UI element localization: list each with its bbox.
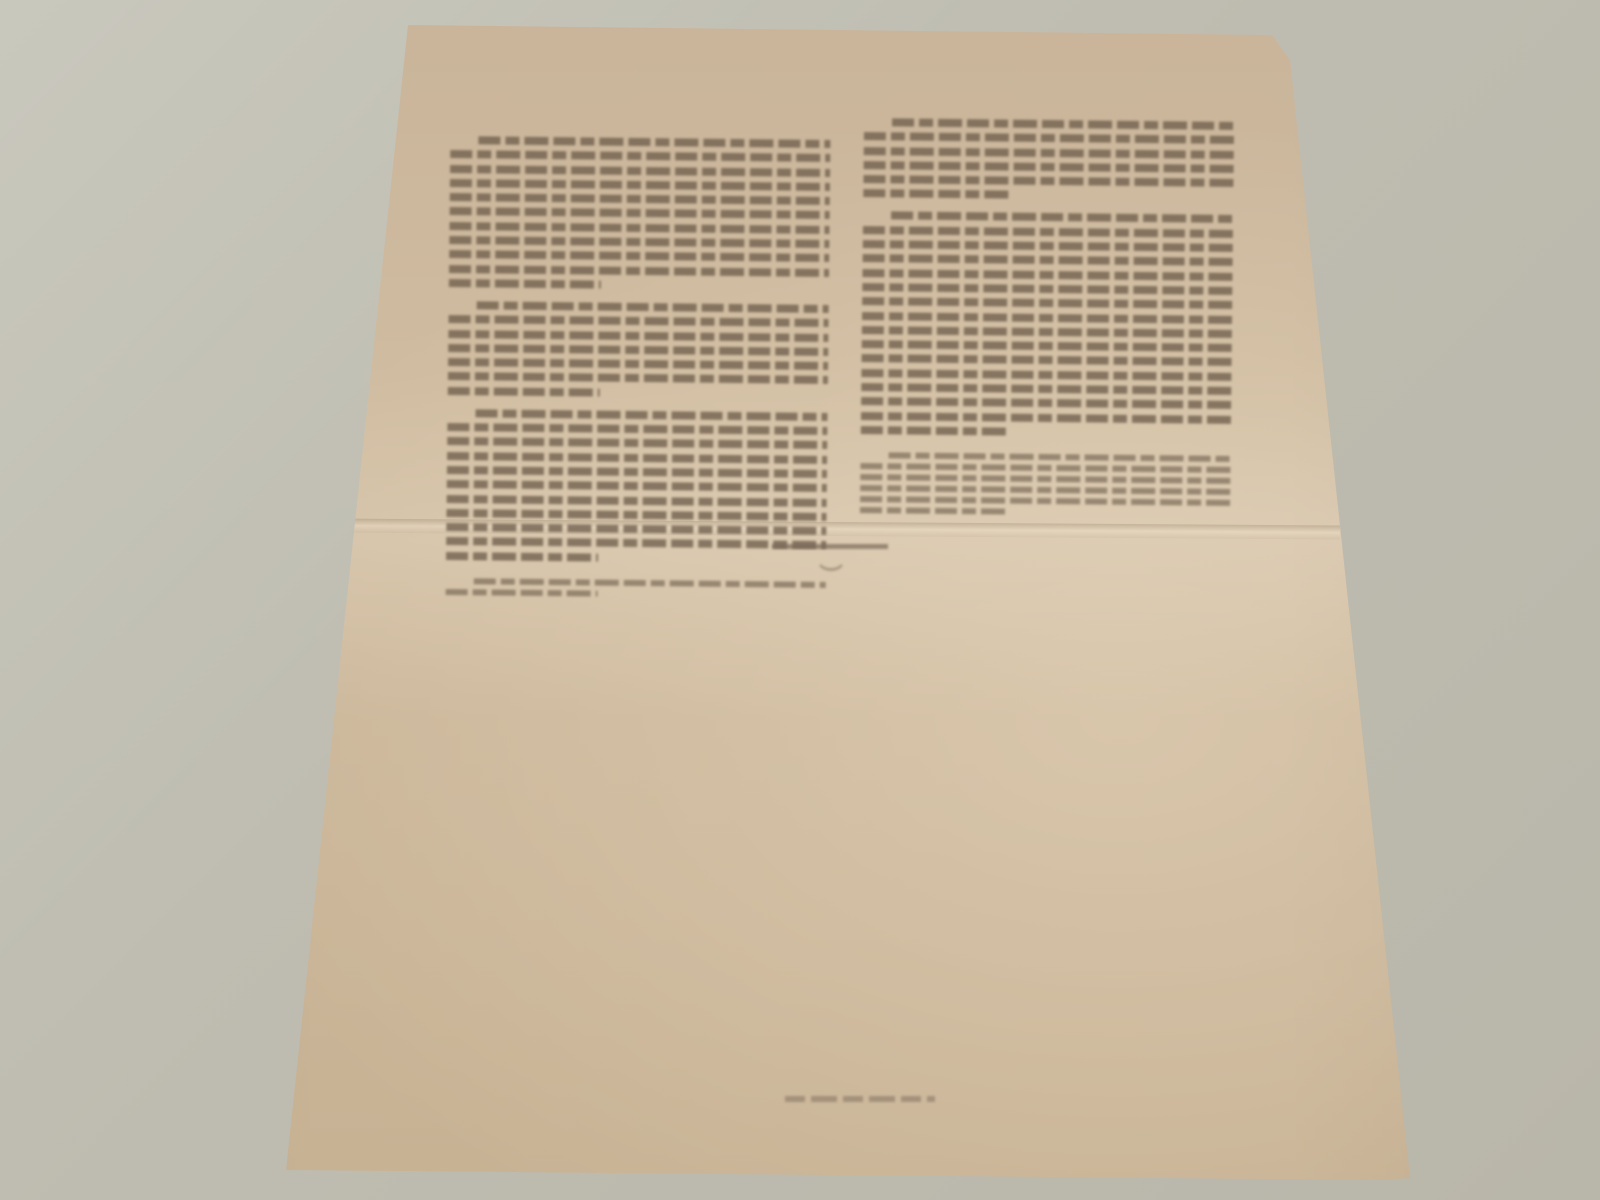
text-line xyxy=(862,283,1232,295)
text-line xyxy=(863,226,1233,238)
text-line xyxy=(447,423,827,435)
text-line xyxy=(862,269,1232,281)
text-line xyxy=(450,150,830,162)
footnote xyxy=(446,578,826,599)
text-line xyxy=(446,537,826,549)
footnote-line xyxy=(860,496,1230,506)
text-line xyxy=(862,326,1232,338)
text-line xyxy=(862,312,1232,324)
text-line xyxy=(862,340,1232,352)
footnote-line xyxy=(860,507,1008,515)
text-line xyxy=(447,437,827,449)
text-line xyxy=(447,452,827,464)
text-column-left xyxy=(446,136,831,604)
text-line xyxy=(862,297,1232,309)
text-line xyxy=(448,387,600,397)
text-line xyxy=(862,355,1232,367)
text-line xyxy=(477,301,829,313)
text-line xyxy=(450,193,830,205)
footnote-line xyxy=(860,463,1230,473)
text-line xyxy=(446,552,598,562)
text-line xyxy=(861,426,1009,436)
text-line xyxy=(449,222,829,234)
text-line xyxy=(475,409,827,421)
text-line xyxy=(861,397,1231,409)
text-line xyxy=(864,161,1234,173)
text-line xyxy=(861,383,1231,395)
text-line xyxy=(861,369,1231,381)
text-line xyxy=(446,509,826,521)
text-line xyxy=(448,330,828,342)
paper-sheet xyxy=(0,0,1600,1200)
text-line xyxy=(448,344,828,356)
text-line xyxy=(450,208,830,220)
footnote-line xyxy=(889,452,1231,462)
text-line xyxy=(448,315,828,327)
text-line xyxy=(863,254,1233,266)
text-line xyxy=(863,190,1011,200)
text-line xyxy=(863,240,1233,252)
text-line xyxy=(449,265,829,277)
text-line xyxy=(448,372,828,384)
text-line xyxy=(447,466,827,478)
footnote-line xyxy=(860,485,1230,495)
footnote xyxy=(860,452,1231,517)
text-line xyxy=(446,523,826,535)
footnote-line xyxy=(860,474,1230,484)
text-line xyxy=(449,236,829,248)
text-line xyxy=(450,165,830,177)
text-line xyxy=(864,132,1234,144)
text-line xyxy=(448,358,828,370)
text-line xyxy=(449,250,829,262)
text-line xyxy=(449,279,601,289)
text-line xyxy=(861,412,1231,424)
printer-ornament xyxy=(772,540,888,570)
text-line xyxy=(447,480,827,492)
ornament-flourish-icon xyxy=(816,548,846,571)
footnote-line xyxy=(474,578,826,588)
text-line xyxy=(450,179,830,191)
text-line xyxy=(863,175,1233,187)
text-line xyxy=(891,212,1233,224)
text-line xyxy=(864,147,1234,159)
text-line xyxy=(447,495,827,507)
printer-imprint xyxy=(785,1096,935,1102)
text-column-right xyxy=(860,118,1234,522)
footnote-line xyxy=(446,589,598,597)
